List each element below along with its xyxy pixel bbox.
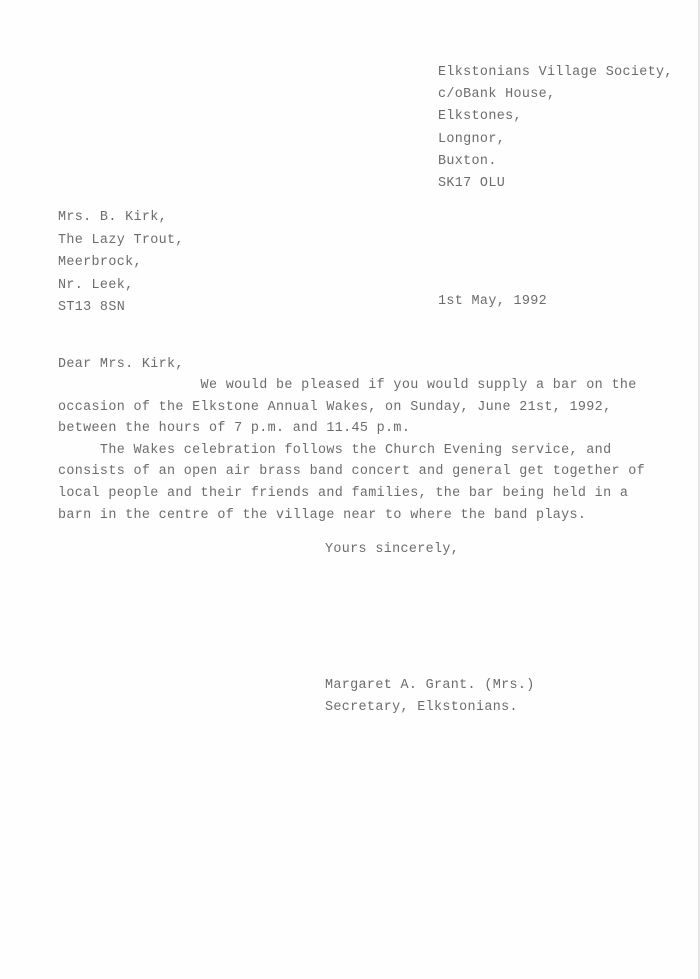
signatory-title: Secretary, Elkstonians.: [325, 697, 535, 719]
body-line: consists of an open air brass band conce…: [58, 461, 645, 483]
sender-address-line: Longnor,: [438, 129, 673, 151]
recipient-address-line: Nr. Leek,: [58, 275, 184, 298]
recipient-address: Mrs. B. Kirk, The Lazy Trout, Meerbrock,…: [58, 207, 184, 320]
signatory-name: Margaret A. Grant. (Mrs.): [325, 675, 535, 697]
recipient-address-line: ST13 8SN: [58, 297, 184, 320]
sender-address: Elkstonians Village Society, c/oBank Hou…: [438, 62, 673, 195]
sender-address-line: c/oBank House,: [438, 84, 673, 106]
signature-block: Margaret A. Grant. (Mrs.) Secretary, Elk…: [325, 675, 535, 719]
recipient-address-line: The Lazy Trout,: [58, 230, 184, 253]
closing: Yours sincerely,: [325, 540, 459, 560]
sender-address-line: Buxton.: [438, 151, 673, 173]
letter-page: Elkstonians Village Society, c/oBank Hou…: [0, 0, 700, 979]
recipient-address-line: Meerbrock,: [58, 252, 184, 275]
recipient-address-line: Mrs. B. Kirk,: [58, 207, 184, 230]
body-line: We would be pleased if you would supply …: [58, 375, 645, 397]
body-line: local people and their friends and famil…: [58, 483, 645, 505]
salutation: Dear Mrs. Kirk,: [58, 355, 184, 375]
sender-address-line: SK17 OLU: [438, 173, 673, 195]
letter-date: 1st May, 1992: [438, 292, 547, 312]
sender-address-line: Elkstones,: [438, 106, 673, 128]
sender-address-line: Elkstonians Village Society,: [438, 62, 673, 84]
letter-body: We would be pleased if you would supply …: [58, 375, 645, 526]
body-line: occasion of the Elkstone Annual Wakes, o…: [58, 397, 645, 419]
body-line: The Wakes celebration follows the Church…: [58, 440, 645, 462]
body-line: barn in the centre of the village near t…: [58, 505, 645, 527]
body-line: between the hours of 7 p.m. and 11.45 p.…: [58, 418, 645, 440]
